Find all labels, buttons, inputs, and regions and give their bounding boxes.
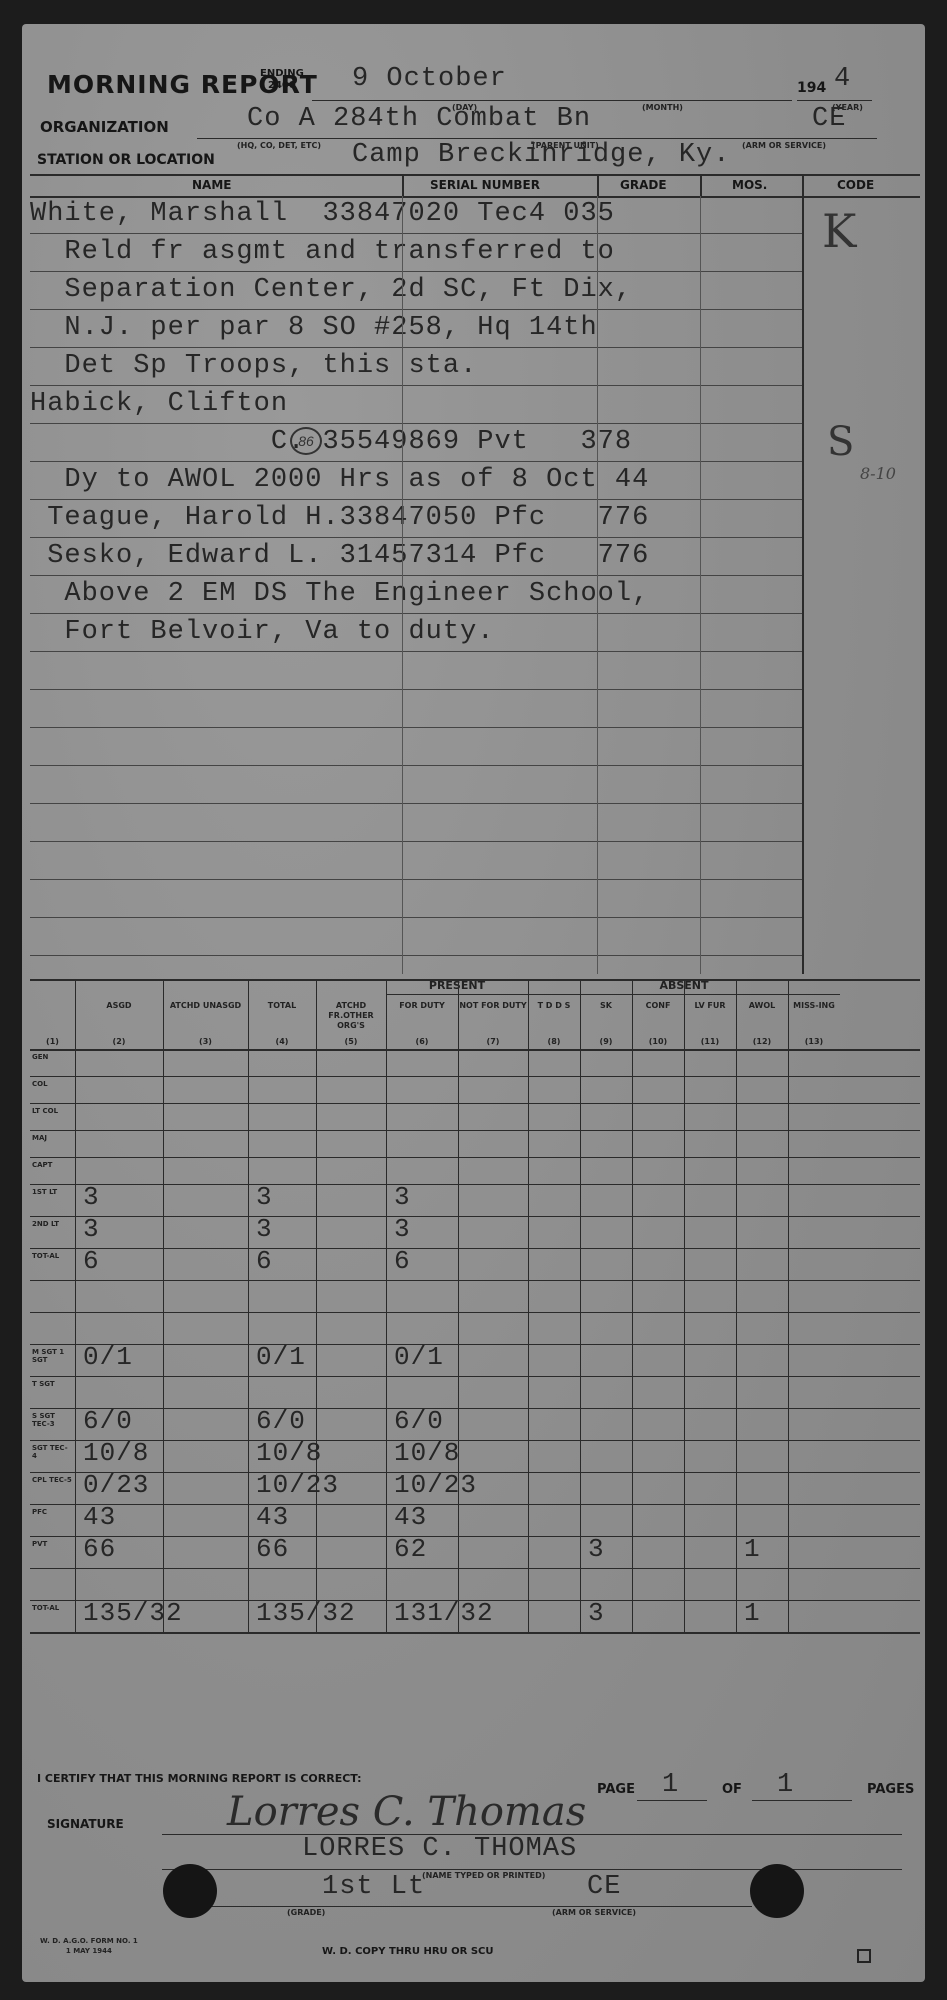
morning-report-form: MORNING REPORT ENDING 2400 9 October (DA… [22, 24, 925, 1982]
cell-for_duty: 3 [394, 1214, 411, 1244]
entries-col-divider [402, 174, 404, 196]
row-divider [30, 1312, 920, 1313]
cell-total: 10/8 [256, 1438, 322, 1468]
cell-total: 3 [256, 1182, 273, 1212]
entry-line: Det Sp Troops, this sta. [30, 348, 802, 386]
row-divider [30, 1130, 920, 1131]
row-label: TOT-AL [32, 1604, 72, 1612]
cell-sk: 3 [588, 1598, 605, 1628]
entry-line: N.J. per par 8 SO #258, Hq 14th [30, 310, 802, 348]
code-k: K [822, 204, 856, 258]
row-label: CPL TEC-5 [32, 1476, 72, 1484]
cell-asgd: 3 [83, 1214, 100, 1244]
cell-for_duty: 3 [394, 1182, 411, 1212]
page-label: PAGE [597, 1782, 635, 1797]
row-divider [30, 1440, 920, 1441]
mos-col-faint [700, 196, 701, 974]
strength-bottom-border [30, 1632, 920, 1634]
row-label: GEN [32, 1053, 72, 1061]
year-prefix: 194 [797, 80, 826, 96]
arm-service-label: (ARM OR SERVICE) [742, 141, 826, 151]
col-number-3: (3) [163, 1037, 248, 1047]
entry-line-blank [30, 842, 802, 880]
entry-line: Above 2 EM DS The Engineer School, [30, 576, 802, 614]
group-divider [386, 994, 840, 995]
row-label: T SGT [32, 1380, 72, 1388]
cell-total: 6/0 [256, 1406, 306, 1436]
circled-note: 86 [290, 427, 322, 455]
punch-hole-right [750, 1864, 804, 1918]
col-name-header: NAME [192, 178, 231, 192]
entry-line: Dy to AWOL 2000 Hrs as of 8 Oct 44 [30, 462, 802, 500]
station-value: Camp Breckinridge, Ky. [352, 140, 730, 170]
col-header-4: TOTAL [248, 1001, 316, 1011]
row-label: COL [32, 1080, 72, 1088]
cell-asgd: 0/23 [83, 1470, 149, 1500]
handwritten-signature: Lorres C. Thomas [227, 1789, 586, 1835]
col-number-7: (7) [458, 1037, 528, 1047]
group-present: PRESENT [386, 981, 528, 991]
entry-line: Separation Center, 2d SC, Ft Dix, [30, 272, 802, 310]
cell-asgd: 10/8 [83, 1438, 149, 1468]
entry-line-blank [30, 766, 802, 804]
form-number-line1: W. D. A.G.O. FORM NO. 1 [40, 1936, 138, 1946]
corner-box [857, 1949, 871, 1963]
row-divider [30, 1280, 920, 1281]
row-label: SGT TEC-4 [32, 1444, 72, 1460]
grade-label: (GRADE) [287, 1908, 325, 1918]
arm-label: (ARM OR SERVICE) [552, 1908, 636, 1918]
cell-asgd: 3 [83, 1182, 100, 1212]
entry-line-blank [30, 652, 802, 690]
entry-line: Sesko, Edward L. 31457314 Pfc 776 [30, 538, 802, 576]
arm-value: CE [587, 1872, 621, 1902]
code-note: 8-10 [860, 464, 896, 483]
cell-awol: 1 [744, 1534, 761, 1564]
month-label: (MONTH) [642, 103, 683, 113]
entry-line: Reld fr asgmt and transferred to [30, 234, 802, 272]
entry-line: White, Marshall 33847020 Tec4 035 [30, 196, 802, 234]
cell-for_duty: 10/23 [394, 1470, 477, 1500]
cell-for_duty: 6/0 [394, 1406, 444, 1436]
cell-for_duty: 10/8 [394, 1438, 460, 1468]
entries-top-border [30, 174, 920, 176]
entries-body: White, Marshall 33847020 Tec4 035 Reld f… [30, 196, 802, 986]
col-number-13: (13) [788, 1037, 840, 1047]
cell-for_duty: 0/1 [394, 1342, 444, 1372]
col-header-6: FOR DUTY [386, 1001, 458, 1011]
col-number-1: (1) [30, 1037, 75, 1047]
pages-label: PAGES [867, 1782, 914, 1797]
cell-asgd: 43 [83, 1502, 116, 1532]
of-label: OF [722, 1782, 742, 1797]
cell-total: 6 [256, 1246, 273, 1276]
col-number-5: (5) [316, 1037, 386, 1047]
cell-asgd: 66 [83, 1534, 116, 1564]
col-header-10: CONF [632, 1001, 684, 1011]
row-divider [30, 1344, 920, 1345]
col-number-10: (10) [632, 1037, 684, 1047]
row-label: 1ST LT [32, 1188, 72, 1196]
col-code-header: CODE [837, 178, 874, 192]
row-divider [30, 1568, 920, 1569]
cell-total: 66 [256, 1534, 289, 1564]
organization-value: Co A 284th Combat Bn [247, 104, 591, 134]
ending-label-text: ENDING [260, 68, 304, 80]
col-number-6: (6) [386, 1037, 458, 1047]
pages-value: 1 [777, 1770, 794, 1800]
row-divider [30, 1408, 920, 1409]
entry-line: C. 35549869 Pvt 378 [30, 424, 802, 462]
cell-asgd: 6 [83, 1246, 100, 1276]
row-divider [30, 1103, 920, 1104]
ending-time: 2400 [260, 80, 304, 92]
row-label: S SGT TEC-3 [32, 1412, 72, 1428]
copy-note: W. D. COPY THRU HRU OR SCU [322, 1946, 493, 1957]
organization-label: ORGANIZATION [40, 118, 169, 136]
row-divider [30, 1504, 920, 1505]
grade-value: 1st Lt [322, 1872, 425, 1902]
col-header-2: ASGD [75, 1001, 163, 1011]
row-label: 2ND LT [32, 1220, 72, 1228]
row-label: CAPT [32, 1161, 72, 1169]
col-number-9: (9) [580, 1037, 632, 1047]
cell-total: 10/23 [256, 1470, 339, 1500]
cell-for_duty: 43 [394, 1502, 427, 1532]
typed-name: LORRES C. THOMAS [302, 1834, 577, 1864]
col-header-11: LV FUR [684, 1001, 736, 1011]
entry-line-blank [30, 880, 802, 918]
col-header-9: SK [580, 1001, 632, 1011]
row-label: PVT [32, 1540, 72, 1548]
page-value: 1 [662, 1770, 679, 1800]
row-label: M SGT 1 SGT [32, 1348, 72, 1364]
grade-col-faint [597, 196, 598, 974]
date-underline [312, 100, 792, 101]
form-number: W. D. A.G.O. FORM NO. 1 1 MAY 1944 [40, 1936, 138, 1956]
col-header-3: ATCHD UNASGD [163, 1001, 248, 1011]
entries-col-divider [597, 174, 599, 196]
page-underline [637, 1800, 707, 1801]
certify-text: I CERTIFY THAT THIS MORNING REPORT IS CO… [37, 1772, 362, 1785]
cell-total: 43 [256, 1502, 289, 1532]
row-label: LT COL [32, 1107, 72, 1115]
col-header-13: MISS-ING [788, 1001, 840, 1011]
organization-underline [197, 138, 877, 139]
col-number-2: (2) [75, 1037, 163, 1047]
entry-line-blank [30, 728, 802, 766]
form-number-line2: 1 MAY 1944 [40, 1946, 138, 1956]
pages-underline [752, 1800, 852, 1801]
org-sub-label: (HQ, CO, DET, ETC) [237, 141, 321, 151]
station-label: STATION OR LOCATION [37, 152, 215, 168]
row-divider [30, 1157, 920, 1158]
row-divider [30, 1216, 920, 1217]
cell-asgd: 135/32 [83, 1598, 183, 1628]
cell-asgd: 6/0 [83, 1406, 133, 1436]
entry-line-blank [30, 690, 802, 728]
year-value: 4 [834, 64, 851, 94]
col-header-5: ATCHD FR.OTHER ORG'S [316, 1001, 386, 1031]
entry-line: Teague, Harold H.33847050 Pfc 776 [30, 500, 802, 538]
typed-name-label: (NAME TYPED OR PRINTED) [422, 1871, 545, 1881]
col-grade-header: GRADE [620, 178, 667, 192]
cell-for_duty: 131/32 [394, 1598, 494, 1628]
col-number-4: (4) [248, 1037, 316, 1047]
row-divider [30, 1376, 920, 1377]
cell-total: 0/1 [256, 1342, 306, 1372]
year-underline [797, 100, 872, 101]
row-label: MAJ [32, 1134, 72, 1142]
entry-line: Fort Belvoir, Va to duty. [30, 614, 802, 652]
punch-hole-left [163, 1864, 217, 1918]
row-divider [30, 1536, 920, 1537]
entries-code-divider [802, 174, 804, 974]
col-mos-header: MOS. [732, 178, 767, 192]
cell-asgd: 0/1 [83, 1342, 133, 1372]
entry-line-blank [30, 804, 802, 842]
signature-label: SIGNATURE [47, 1817, 124, 1831]
row-divider [30, 1248, 920, 1249]
entries-col-divider [700, 174, 702, 196]
report-date: 9 October [352, 64, 507, 94]
col-header-12: AWOL [736, 1001, 788, 1011]
col-number-8: (8) [528, 1037, 580, 1047]
serial-col-faint [402, 196, 403, 974]
row-divider [30, 1184, 920, 1185]
cell-sk: 3 [588, 1534, 605, 1564]
row-label: PFC [32, 1508, 72, 1516]
col-number-12: (12) [736, 1037, 788, 1047]
cell-for_duty: 6 [394, 1246, 411, 1276]
code-s: S [827, 419, 854, 465]
cell-total: 3 [256, 1214, 273, 1244]
row-label: TOT-AL [32, 1252, 72, 1260]
ending-label: ENDING 2400 [260, 68, 304, 92]
grade-underline [192, 1906, 752, 1907]
entry-line: Habick, Clifton [30, 386, 802, 424]
col-header-8: T D D S [528, 1001, 580, 1011]
row-divider [30, 1076, 920, 1077]
cell-for_duty: 62 [394, 1534, 427, 1564]
col-header-7: NOT FOR DUTY [458, 1001, 528, 1011]
cell-awol: 1 [744, 1598, 761, 1628]
cell-total: 135/32 [256, 1598, 356, 1628]
col-serial-header: SERIAL NUMBER [430, 178, 540, 192]
entry-line-blank [30, 918, 802, 956]
col-number-11: (11) [684, 1037, 736, 1047]
arm-service-value: CE [812, 104, 846, 134]
